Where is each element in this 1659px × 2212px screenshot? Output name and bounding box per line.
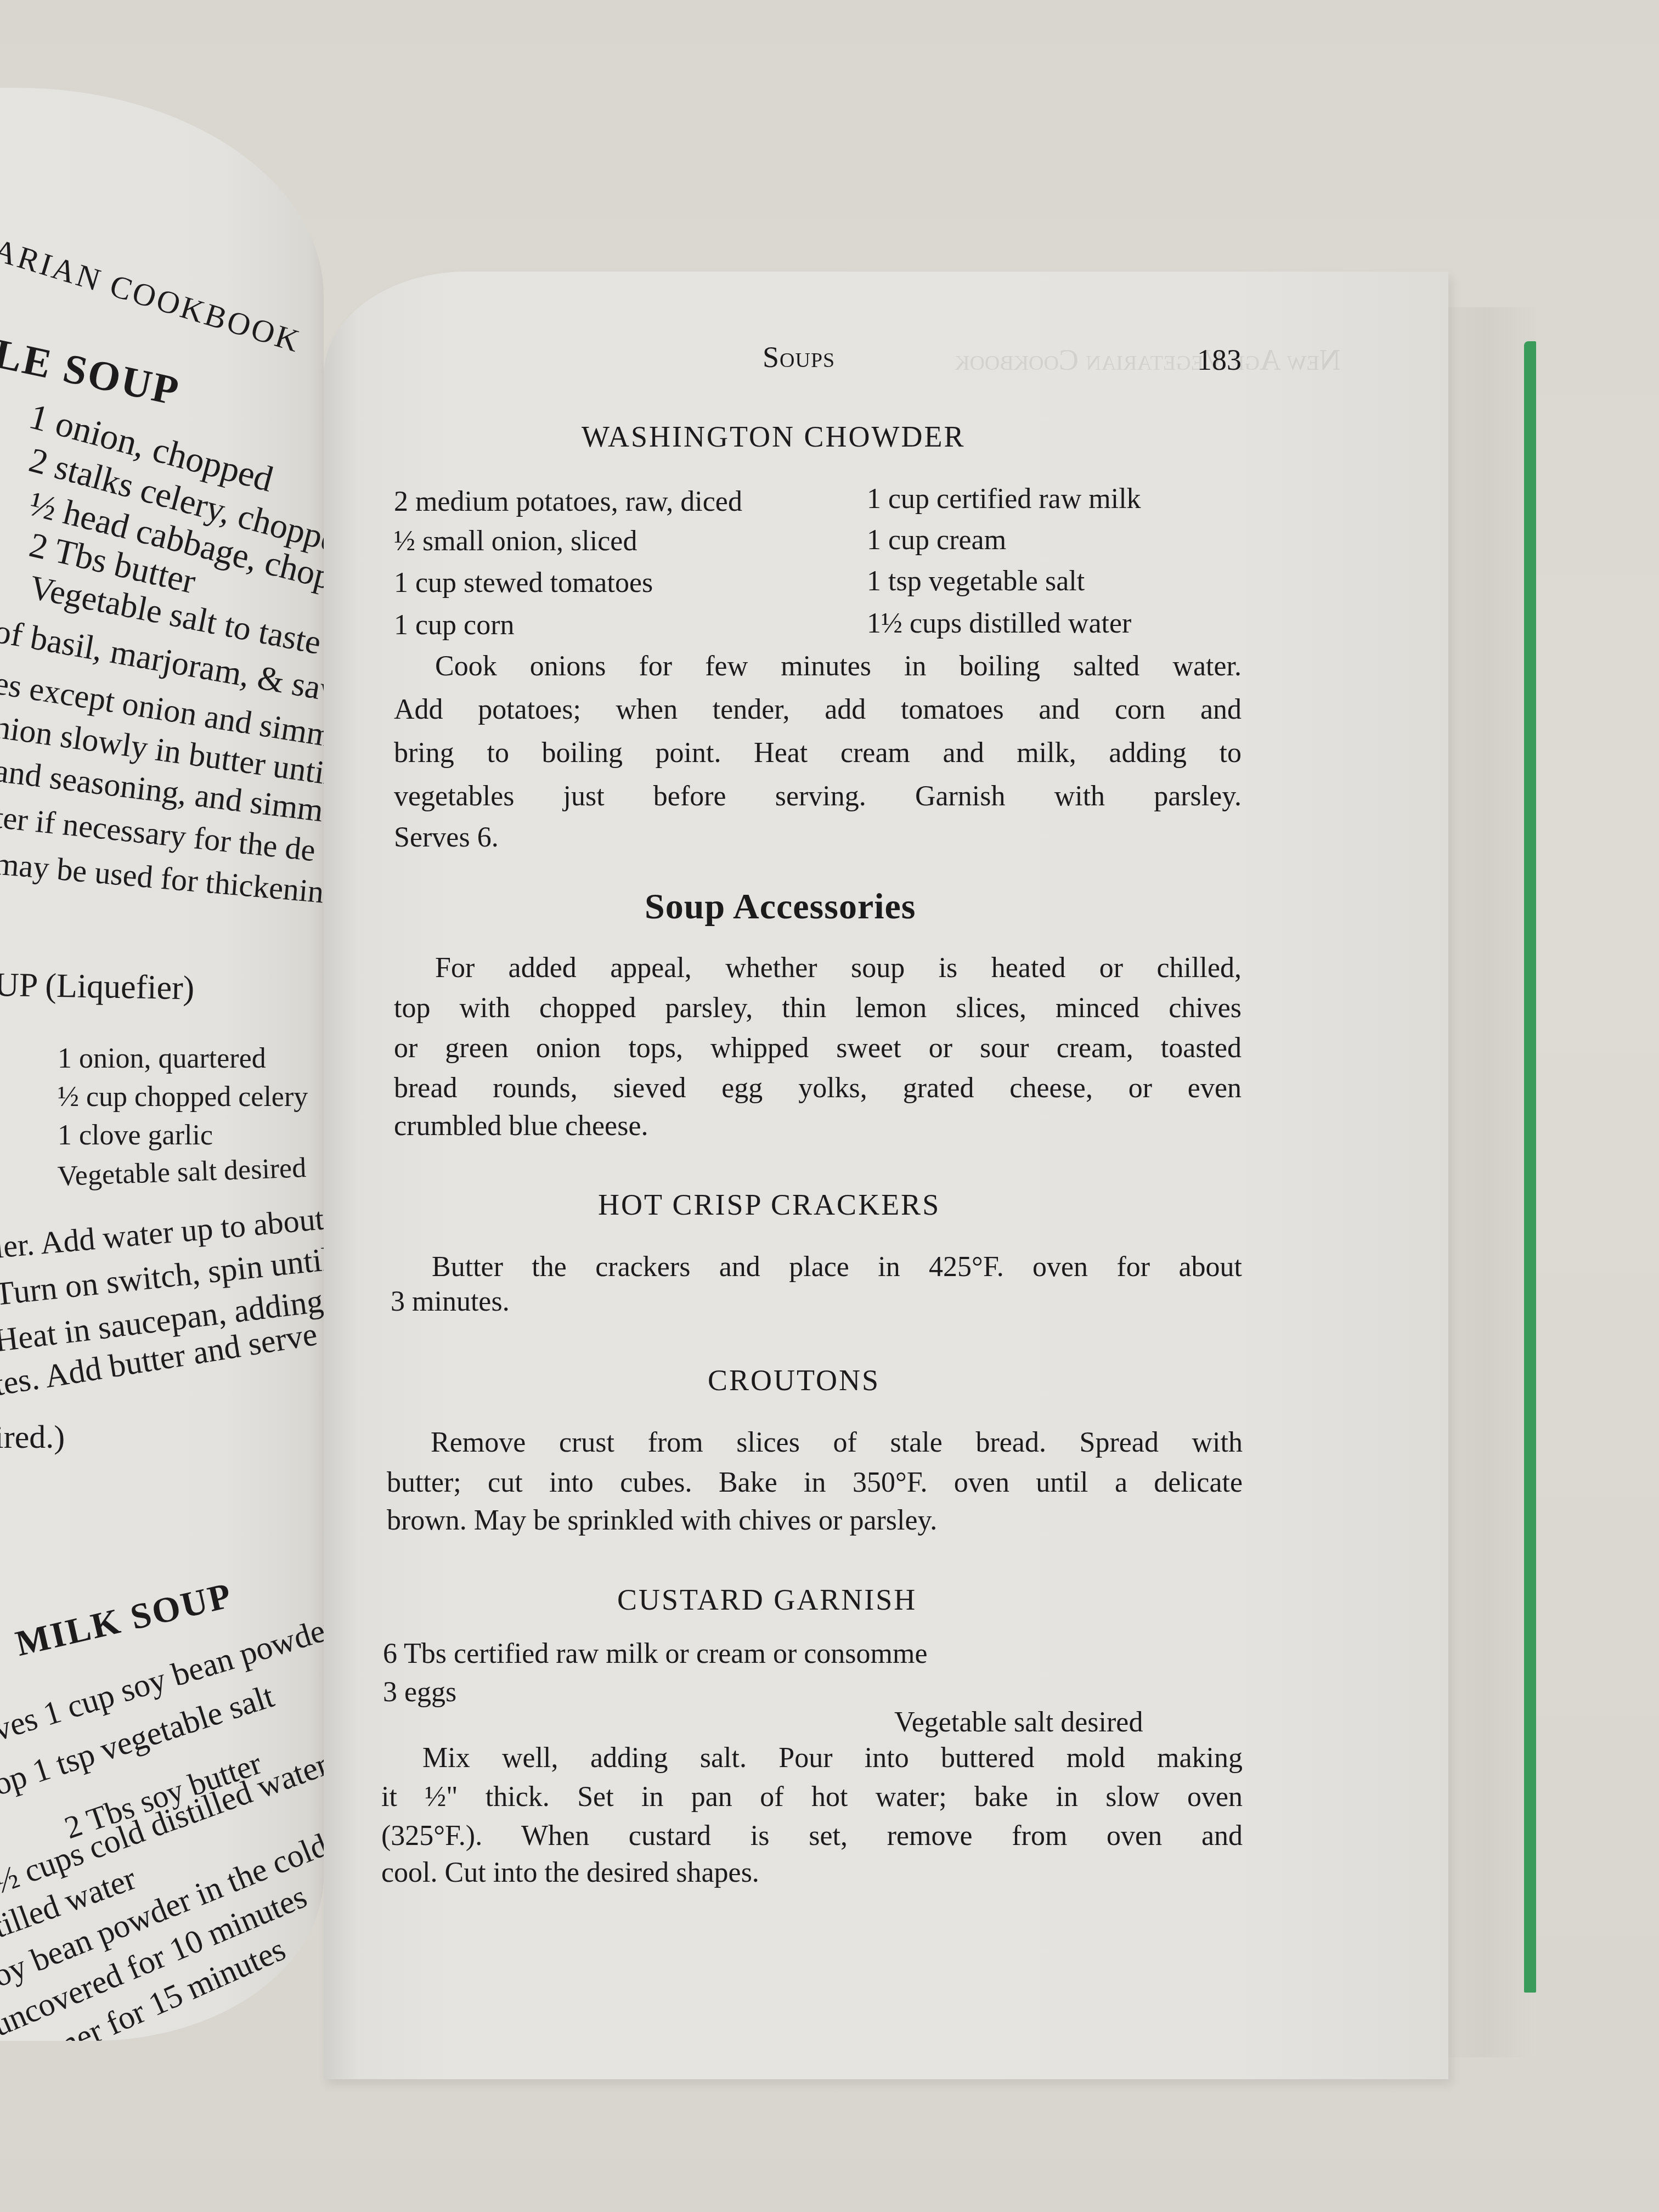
soup-accessories-title: Soup Accessories <box>645 886 916 928</box>
method-line: bring to boiling point. Heat cream and m… <box>394 737 1242 769</box>
ingredient: 1 cup corn <box>394 609 514 641</box>
ingredient: Vegetable salt desired <box>894 1706 1143 1739</box>
paragraph-line: 3 minutes. <box>391 1285 1242 1318</box>
paragraph-line: butter; cut into cubes. Bake in 350°F. o… <box>387 1466 1243 1499</box>
left-ingredient: ½ cup chopped celery <box>58 1081 308 1113</box>
washington-chowder-title: WASHINGTON CHOWDER <box>582 420 965 454</box>
left-page: ARIAN COOKBOOK LE SOUP 1 onion, chopped … <box>0 88 324 2041</box>
paragraph-line: Butter the crackers and place in 425°F. … <box>391 1251 1242 1283</box>
ingredient: 1 cup stewed tomatoes <box>394 567 653 599</box>
ingredient: 1 cup certified raw milk <box>867 483 1141 515</box>
left-ingredient: 1 clove garlic <box>58 1119 213 1152</box>
method-line: vegetables just before serving. Garnish … <box>394 780 1242 812</box>
paragraph-line: Remove crust from slices of stale bread.… <box>387 1426 1243 1459</box>
paragraph-line: bread rounds, sieved egg yolks, grated c… <box>394 1072 1242 1104</box>
ingredient: ½ small onion, sliced <box>394 525 637 557</box>
liquefier-soup-title: UP (Liquefier) <box>0 966 195 1008</box>
paragraph-line: top with chopped parsley, thin lemon sli… <box>394 992 1242 1024</box>
ingredient: 1½ cups distilled water <box>867 607 1131 640</box>
paragraph-line: For added appeal, whether soup is heated… <box>394 952 1242 984</box>
paragraph-line: brown. May be sprinkled with chives or p… <box>387 1504 1243 1537</box>
paragraph-line: it ½" thick. Set in pan of hot water; ba… <box>381 1781 1243 1813</box>
right-page: New Age Vegetarian Cookbook Soups 183 WA… <box>324 272 1448 2079</box>
method-line: Cook onions for few minutes in boiling s… <box>394 650 1242 682</box>
custard-garnish-title: CUSTARD GARNISH <box>617 1583 917 1617</box>
running-head: Soups <box>763 340 835 374</box>
paragraph-line: Mix well, adding salt. Pour into buttere… <box>381 1742 1243 1774</box>
page-number: 183 <box>1197 343 1242 377</box>
method-line: Add potatoes; when tender, add tomatoes … <box>394 693 1242 726</box>
serves-line: Serves 6. <box>394 821 1242 854</box>
show-through-header: New Age Vegetarian Cookbook <box>955 343 1341 377</box>
ingredient: 1 tsp vegetable salt <box>867 565 1085 597</box>
hot-crisp-crackers-title: HOT CRISP CRACKERS <box>598 1188 940 1222</box>
paragraph-line: crumbled blue cheese. <box>394 1110 1242 1142</box>
left-method-line: ired.) <box>0 1418 65 1456</box>
green-page-edge <box>1524 341 1536 1993</box>
paragraph-line: (325°F.). When custard is set, remove fr… <box>381 1820 1243 1852</box>
paragraph-line: or green onion tops, whipped sweet or so… <box>394 1032 1242 1064</box>
ingredient: 2 medium potatoes, raw, diced <box>394 486 742 518</box>
paragraph-line: cool. Cut into the desired shapes. <box>381 1857 1243 1889</box>
ingredient: 1 cup cream <box>867 524 1006 556</box>
croutons-title: CROUTONS <box>708 1363 880 1397</box>
left-ingredient: 1 onion, quartered <box>58 1042 266 1075</box>
ingredient: 6 Tbs certified raw milk or cream or con… <box>383 1638 928 1670</box>
ingredient: 3 eggs <box>383 1676 456 1708</box>
left-ingredient: Vegetable salt desired <box>57 1152 307 1193</box>
vegetable-soup-title: LE SOUP <box>0 330 184 416</box>
